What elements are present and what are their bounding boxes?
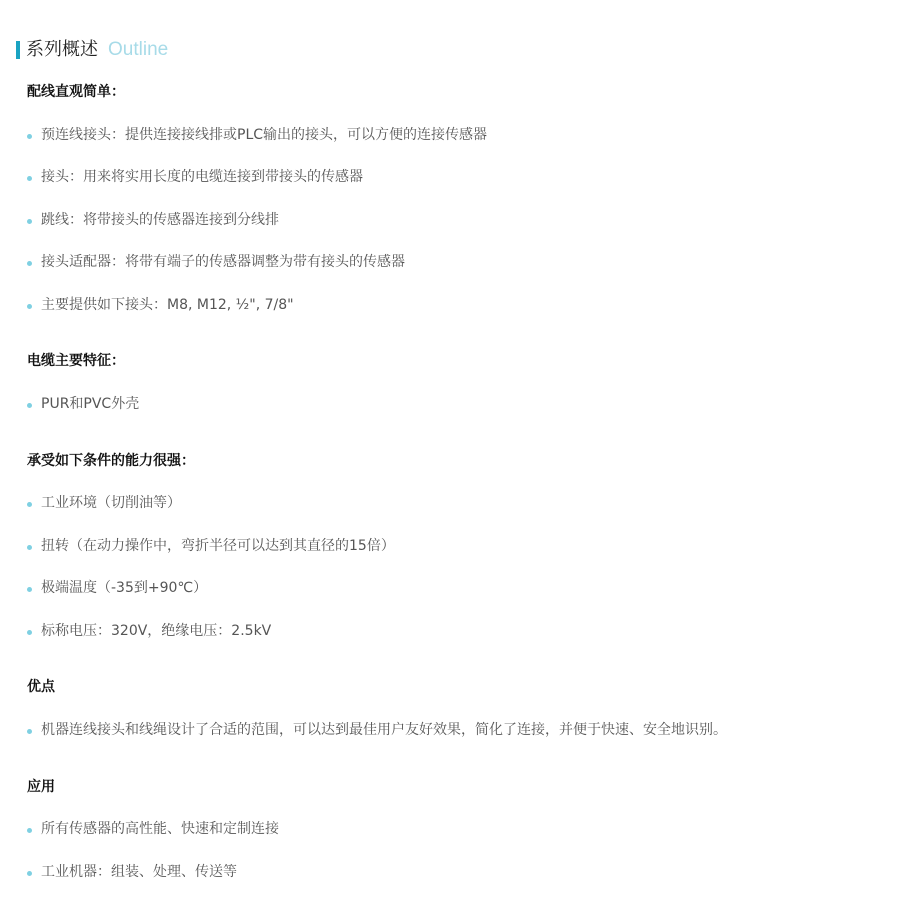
list-item-text: 工业环境（切削油等） xyxy=(41,493,181,513)
bullet-icon xyxy=(27,545,32,550)
list-item-text: 主要提供如下接头：M8, M12, ½", 7/8" xyxy=(41,295,294,315)
list-item: 接头适配器：将带有端子的传感器调整为带有接头的传感器 xyxy=(27,252,405,272)
bullet-icon xyxy=(27,729,32,734)
section-heading-wiring: 配线直观简单： xyxy=(27,82,125,102)
bullet-icon xyxy=(27,871,32,876)
bullet-icon xyxy=(27,219,32,224)
bullet-icon xyxy=(27,403,32,408)
bullet-icon xyxy=(27,502,32,507)
list-item-text: 预连线接头：提供连接接线排或PLC输出的接头，可以方便的连接传感器 xyxy=(41,125,487,145)
bullet-icon xyxy=(27,630,32,635)
section-title: 系列概述 Outline xyxy=(16,38,168,62)
bullet-icon xyxy=(27,261,32,266)
list-item-text: PUR和PVC外壳 xyxy=(41,394,139,414)
list-item: 标称电压：320V，绝缘电压：2.5kV xyxy=(27,621,271,641)
list-item: 跳线：将带接头的传感器连接到分线排 xyxy=(27,210,279,230)
list-item: 机器连线接头和线绳设计了合适的范围，可以达到最佳用户友好效果，简化了连接，并便于… xyxy=(27,720,727,740)
title-accent-bar xyxy=(16,41,20,59)
section-heading-cable-features: 电缆主要特征： xyxy=(27,351,125,371)
list-item-text: 工业机器：组装、处理、传送等 xyxy=(41,862,237,882)
list-item-text: 扭转（在动力操作中，弯折半径可以达到其直径的15倍） xyxy=(41,536,395,556)
list-item: 预连线接头：提供连接接线排或PLC输出的接头，可以方便的连接传感器 xyxy=(27,125,487,145)
list-item: 极端温度（-35到+90℃） xyxy=(27,578,207,598)
list-item-text: 机器连线接头和线绳设计了合适的范围，可以达到最佳用户友好效果，简化了连接，并便于… xyxy=(41,720,727,740)
list-item: 所有传感器的高性能、快速和定制连接 xyxy=(27,819,279,839)
bullet-icon xyxy=(27,176,32,181)
section-heading-resistance: 承受如下条件的能力很强： xyxy=(27,451,195,471)
title-english: Outline xyxy=(108,38,168,62)
list-item-text: 接头：用来将实用长度的电缆连接到带接头的传感器 xyxy=(41,167,363,187)
list-item: 扭转（在动力操作中，弯折半径可以达到其直径的15倍） xyxy=(27,536,395,556)
section-heading-applications: 应用 xyxy=(27,777,55,797)
list-item-text: 所有传感器的高性能、快速和定制连接 xyxy=(41,819,279,839)
bullet-icon xyxy=(27,587,32,592)
list-item: 主要提供如下接头：M8, M12, ½", 7/8" xyxy=(27,295,294,315)
list-item: 接头：用来将实用长度的电缆连接到带接头的传感器 xyxy=(27,167,363,187)
bullet-icon xyxy=(27,134,32,139)
title-chinese: 系列概述 xyxy=(26,38,98,62)
list-item-text: 标称电压：320V，绝缘电压：2.5kV xyxy=(41,621,271,641)
list-item: 工业机器：组装、处理、传送等 xyxy=(27,862,237,882)
list-item-text: 跳线：将带接头的传感器连接到分线排 xyxy=(41,210,279,230)
section-heading-advantages: 优点 xyxy=(27,677,55,697)
bullet-icon xyxy=(27,304,32,309)
list-item-text: 极端温度（-35到+90℃） xyxy=(41,578,207,598)
list-item: PUR和PVC外壳 xyxy=(27,394,139,414)
list-item: 工业环境（切削油等） xyxy=(27,493,181,513)
list-item-text: 接头适配器：将带有端子的传感器调整为带有接头的传感器 xyxy=(41,252,405,272)
bullet-icon xyxy=(27,828,32,833)
